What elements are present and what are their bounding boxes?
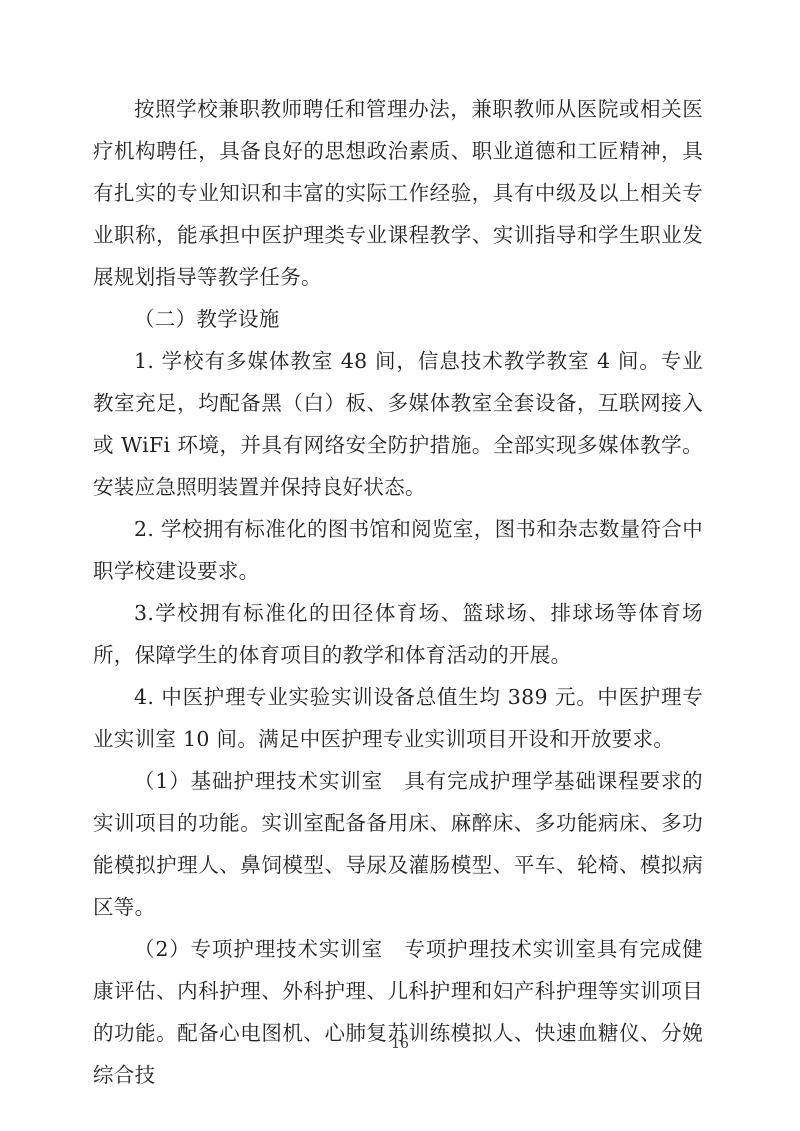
- document-page: 按照学校兼职教师聘任和管理办法，兼职教师从医院或相关医疗机构聘任，具备良好的思想…: [0, 0, 800, 1131]
- document-body: 按照学校兼职教师聘任和管理办法，兼职教师从医院或相关医疗机构聘任，具备良好的思想…: [93, 88, 703, 1096]
- paragraph-multimedia-classrooms: 1. 学校有多媒体教室 48 间，信息技术教学教室 4 间。专业教室充足，均配备…: [93, 340, 703, 508]
- paragraph-sports-facilities: 3.学校拥有标准化的田径体育场、篮球场、排球场等体育场所，保障学生的体育项目的教…: [93, 592, 703, 676]
- paragraph-special-nursing-lab: （2）专项护理技术实训室 专项护理技术实训室具有完成健康评估、内科护理、外科护理…: [93, 928, 703, 1096]
- section-heading-teaching-facilities: （二）教学设施: [93, 298, 703, 340]
- page-number: 16: [0, 1034, 800, 1054]
- paragraph-basic-nursing-lab: （1）基础护理技术实训室 具有完成护理学基础课程要求的实训项目的功能。实训室配备…: [93, 760, 703, 928]
- paragraph-training-equipment: 4. 中医护理专业实验实训设备总值生均 389 元。中医护理专业实训室 10 间…: [93, 676, 703, 760]
- paragraph-part-time-teachers: 按照学校兼职教师聘任和管理办法，兼职教师从医院或相关医疗机构聘任，具备良好的思想…: [93, 88, 703, 298]
- paragraph-library: 2. 学校拥有标准化的图书馆和阅览室，图书和杂志数量符合中职学校建设要求。: [93, 508, 703, 592]
